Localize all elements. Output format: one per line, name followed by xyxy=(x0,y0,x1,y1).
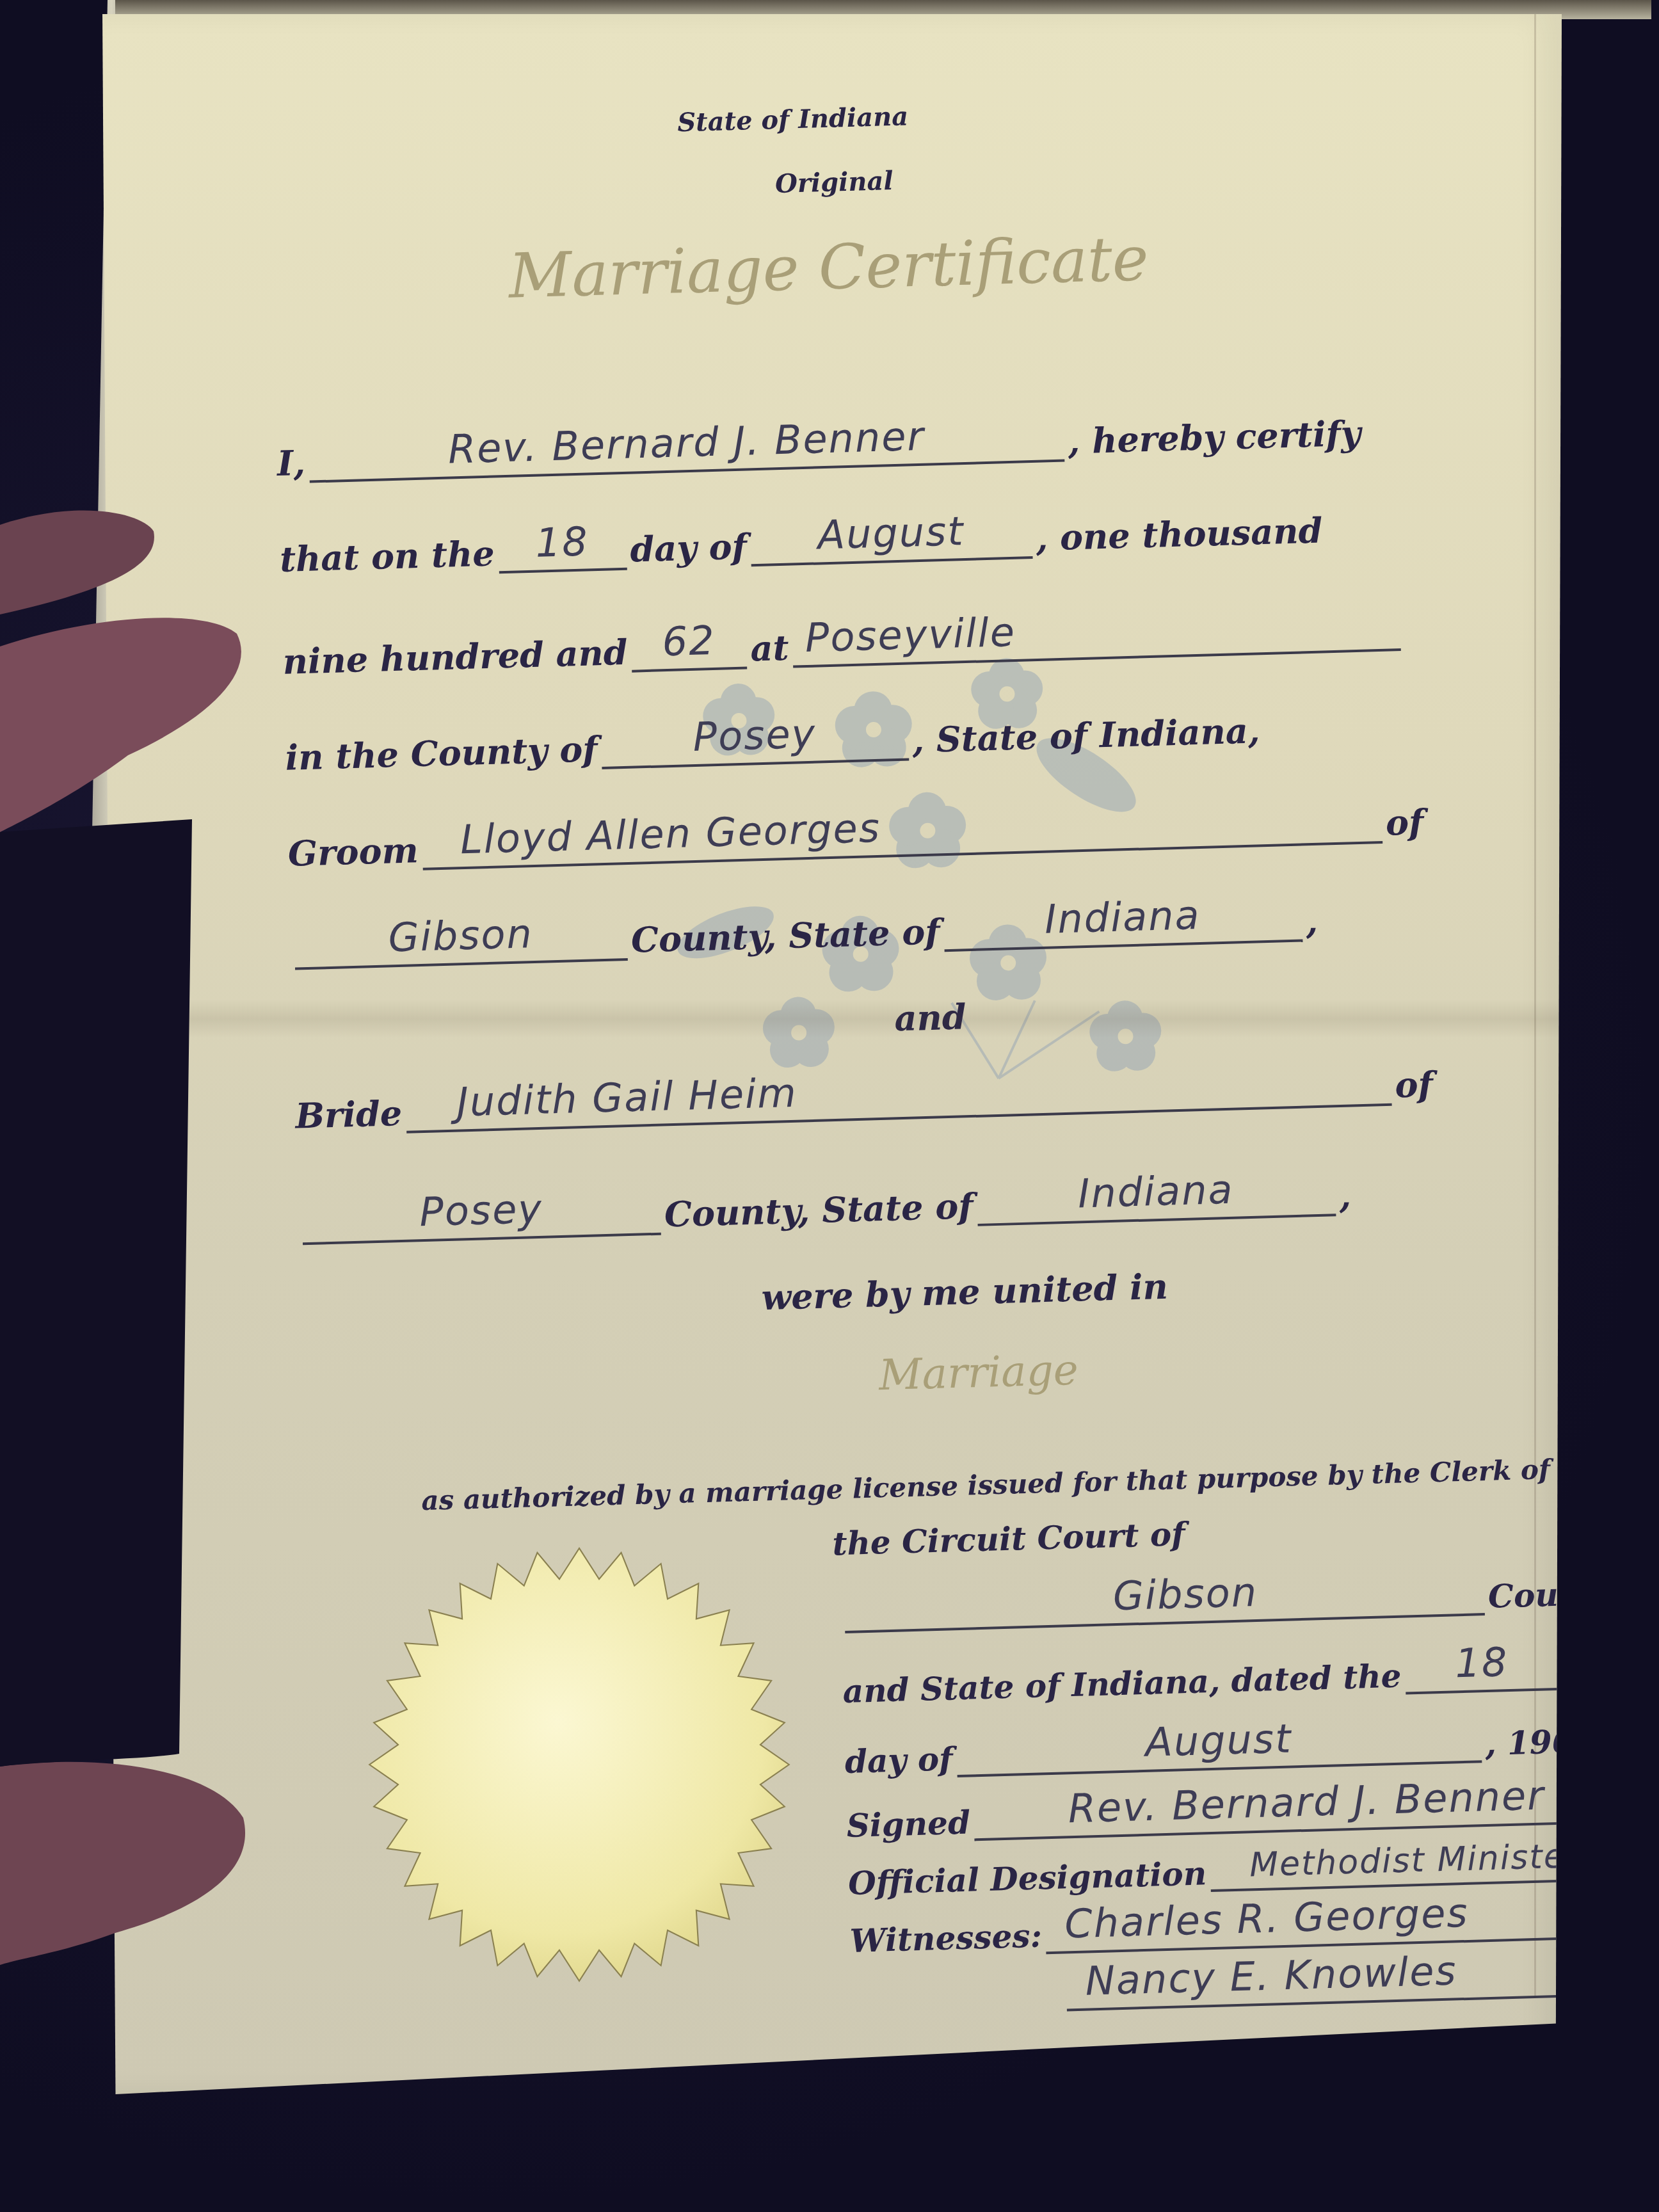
signature-field[interactable]: Rev. Bernard J. Benner xyxy=(974,1777,1640,1841)
license-county-field[interactable]: Gibson xyxy=(844,1571,1485,1633)
certificate-title: Marriage Certificate xyxy=(508,223,1150,312)
bride-county: Posey xyxy=(301,1182,661,1239)
date-line: that on the 18 day of August , one thous… xyxy=(279,506,1323,579)
license-dated-prefix: and State of Indiana, dated the xyxy=(842,1657,1402,1710)
bride-of-label: of xyxy=(1395,1064,1434,1106)
groom-county-field[interactable]: Gibson xyxy=(294,916,628,970)
license-date-line: and State of Indiana, dated the 18 xyxy=(842,1646,1563,1710)
holding-hand xyxy=(0,486,269,2023)
year-prefix: nine hundred and xyxy=(282,632,629,682)
county-value: Posey xyxy=(600,708,909,763)
year-field[interactable]: 62 xyxy=(630,625,747,673)
place-field[interactable]: Poseyville xyxy=(792,606,1401,668)
signed-name: Rev. Bernard J. Benner xyxy=(973,1769,1640,1834)
month-field[interactable]: August xyxy=(750,514,1033,566)
signed-line: Signed Rev. Bernard J. Benner xyxy=(846,1777,1644,1845)
license-county: Gibson xyxy=(844,1562,1485,1627)
date-suffix: , one thousand xyxy=(1036,509,1324,558)
groom-county-state-label: County, State of xyxy=(630,911,940,960)
bride-line: Bride Judith Gail Heim of xyxy=(294,1060,1433,1137)
circuit-court-line: the Circuit Court of xyxy=(832,1515,1186,1562)
groom-comma: , xyxy=(1305,901,1318,942)
united-label: were by me united in xyxy=(761,1266,1169,1318)
bride-county-field[interactable]: Posey xyxy=(301,1190,661,1246)
bride-residence-line: Posey County, State of Indiana , xyxy=(298,1171,1352,1246)
license-day: 18 xyxy=(1404,1637,1559,1688)
year-value: 62 xyxy=(630,616,747,666)
officiant-line: I, Rev. Bernard J. Benner , hereby certi… xyxy=(276,409,1361,484)
certificate-content: State of Indiana Original Marriage Certi… xyxy=(79,0,1596,2114)
bride-state-field[interactable]: Indiana xyxy=(976,1171,1336,1226)
officiant-name: Rev. Bernard J. Benner xyxy=(309,409,1065,477)
license-month-line: day of August , 1962 xyxy=(844,1715,1597,1781)
bride-county-state-label: County, State of xyxy=(664,1185,974,1235)
gold-seal-icon xyxy=(358,1544,800,1985)
month-value: August xyxy=(749,506,1032,560)
floral-watermark-icon xyxy=(640,611,1230,1114)
bride-label: Bride xyxy=(295,1093,403,1137)
license-month: August xyxy=(956,1710,1482,1771)
county-prefix: in the County of xyxy=(285,728,598,778)
day-value: 18 xyxy=(497,517,627,568)
at-label: at xyxy=(750,627,790,669)
authorized-line: as authorized by a marriage license issu… xyxy=(421,1454,1551,1516)
groom-state-field[interactable]: Indiana xyxy=(943,897,1302,952)
original-heading: Original xyxy=(774,166,894,199)
officiant-prefix: I, xyxy=(276,442,306,484)
designation-label: Official Designation xyxy=(847,1854,1206,1902)
bride-state: Indiana xyxy=(976,1163,1336,1220)
officiant-field[interactable]: Rev. Bernard J. Benner xyxy=(309,417,1064,483)
groom-state: Indiana xyxy=(943,889,1302,946)
witnesses-label: Witnesses: xyxy=(849,1917,1043,1960)
license-day-of-label: day of xyxy=(844,1740,953,1781)
license-day-field[interactable]: 18 xyxy=(1404,1646,1559,1695)
groom-county: Gibson xyxy=(294,908,628,963)
and-label: and xyxy=(894,996,967,1039)
day-field[interactable]: 18 xyxy=(498,525,627,574)
state-heading: State of Indiana xyxy=(677,101,909,138)
certificate-page: State of Indiana Original Marriage Certi… xyxy=(102,14,1562,2094)
groom-label: Groom xyxy=(287,829,419,874)
license-county-line: Gibson County, xyxy=(840,1567,1623,1633)
place-value: Poseyville xyxy=(792,598,1401,661)
signed-label: Signed xyxy=(846,1804,971,1845)
groom-of-label: of xyxy=(1385,801,1424,844)
county-field[interactable]: Posey xyxy=(600,716,909,769)
bride-field[interactable]: Judith Gail Heim xyxy=(405,1061,1391,1134)
license-month-field[interactable]: August xyxy=(956,1718,1482,1777)
day-of-label: day of xyxy=(630,526,748,570)
marriage-word: Marriage xyxy=(878,1345,1079,1400)
bride-comma: , xyxy=(1338,1175,1352,1217)
date-prefix: that on the xyxy=(279,533,495,580)
officiant-suffix: , hereby certify xyxy=(1068,413,1361,462)
